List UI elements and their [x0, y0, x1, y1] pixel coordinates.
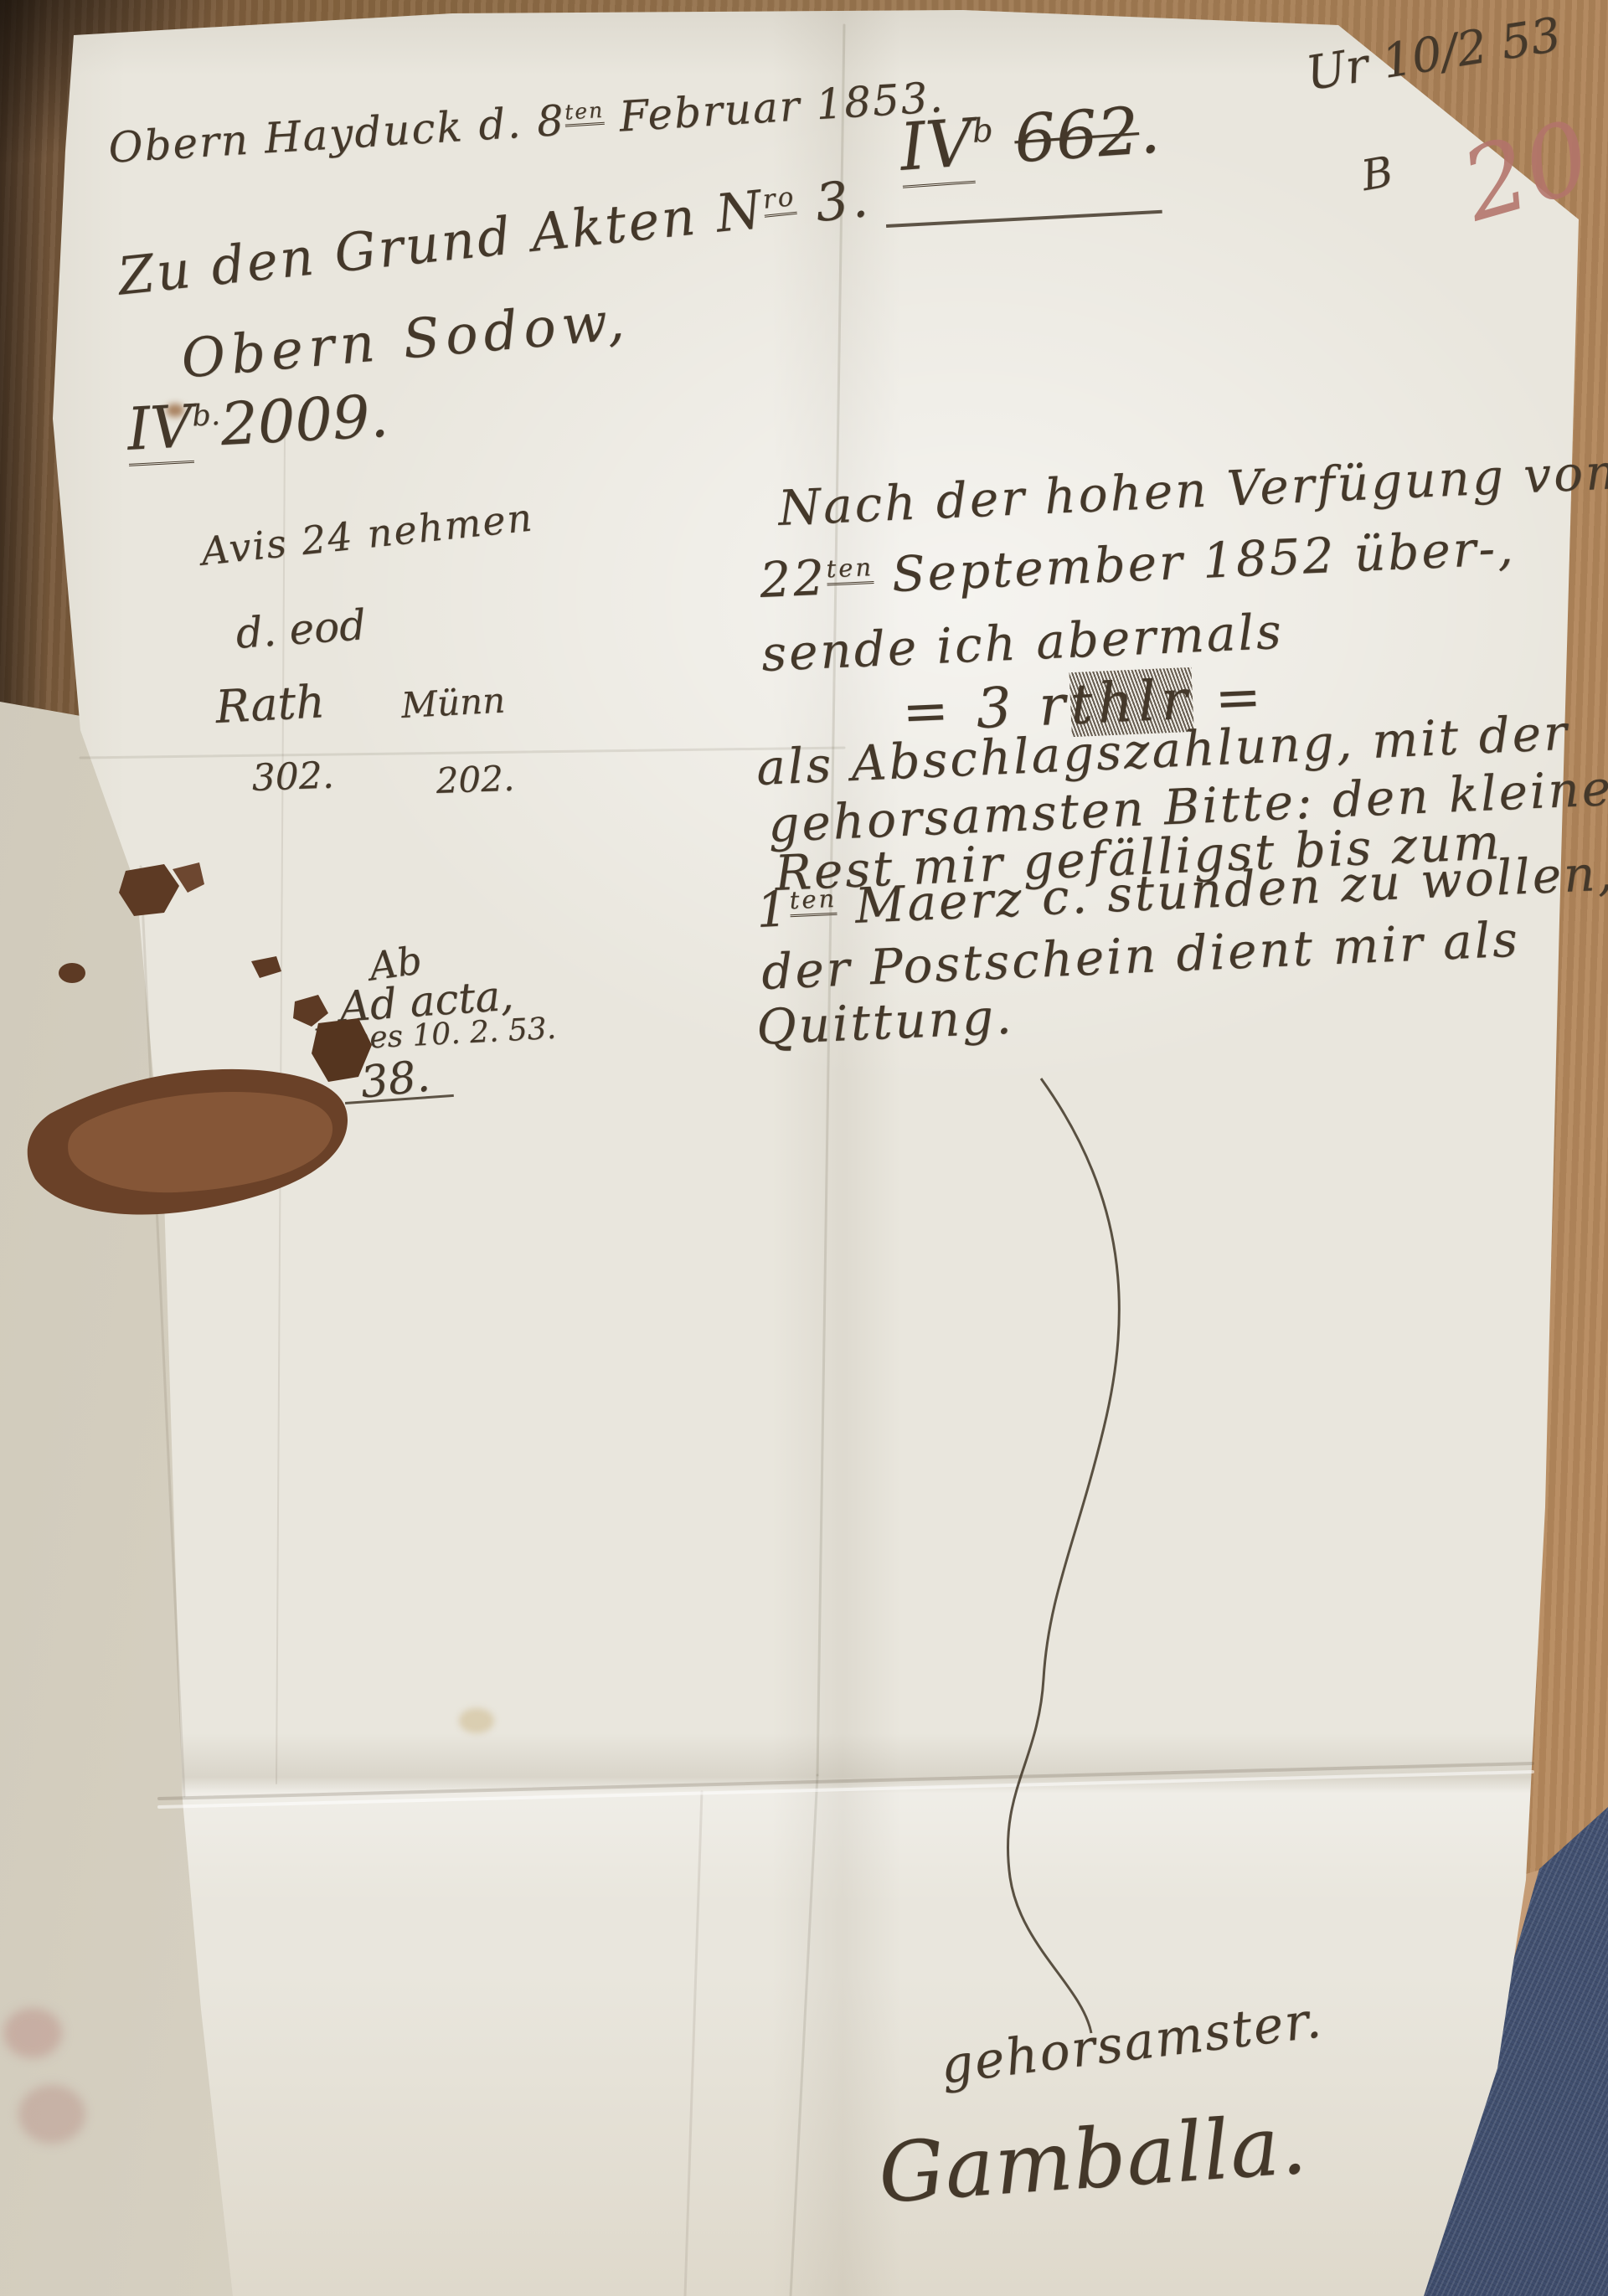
- paper-stain: [459, 1708, 494, 1733]
- registry-letter: b: [971, 111, 994, 151]
- under-sheet-smudge: [3, 2008, 62, 2058]
- body-line-8-ordinal: ten: [789, 883, 837, 916]
- marginal-note-line3a: Rath: [214, 679, 326, 730]
- body-line-2-day: 22: [759, 549, 828, 609]
- registry-struck-number: 662: [1012, 94, 1142, 178]
- old-registry-value: 2009.: [219, 382, 389, 459]
- photo-canvas: Obern Hayduck d. 8ten Februar 1853. IVb …: [0, 0, 1608, 2296]
- file-reference-rest: 3.: [793, 167, 873, 236]
- old-registry-roman: IV: [126, 392, 195, 466]
- marginal-note-line3b: Münn: [400, 683, 506, 723]
- body-line-10: Quittung.: [755, 992, 1015, 1052]
- registry-roman: IV: [898, 106, 976, 188]
- body-line-2-ordinal: ten: [826, 553, 874, 585]
- file-reference-ordinal: ro: [761, 182, 797, 218]
- marginal-note-number-right: 202.: [435, 761, 515, 799]
- marginal-note-line2: d. eod: [234, 604, 368, 655]
- dateline-ordinal: ten: [564, 98, 605, 127]
- old-registry-letter: b.: [191, 399, 221, 434]
- old-registry-number: IVb.2009.: [126, 387, 389, 459]
- under-sheet-smudge: [18, 2085, 85, 2144]
- registry-number: IVb 662.: [898, 97, 1162, 180]
- body-line-8-day: 1: [755, 880, 791, 939]
- marginal-note-number-left: 302.: [251, 758, 334, 797]
